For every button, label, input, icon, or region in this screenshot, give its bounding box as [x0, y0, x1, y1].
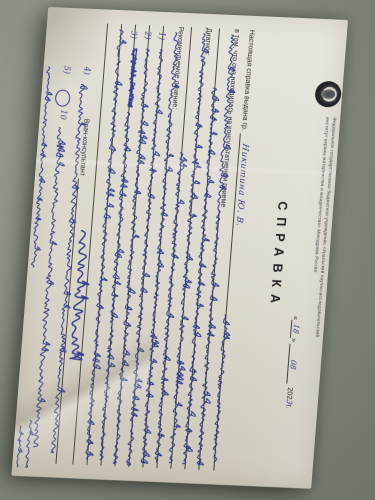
date-close-quote: » — [290, 338, 299, 343]
edge-scribble — [23, 420, 35, 466]
handwritten-item-number-1: 1) — [157, 32, 167, 41]
diagnosis-label: Диагноз: — [203, 28, 212, 59]
handwritten-day: 18 — [291, 324, 301, 335]
handwritten-item-number-5: 5) — [62, 66, 72, 75]
handwritten-item-number-4: 4) — [82, 66, 92, 75]
handwritten-circled-note: 10 — [58, 109, 68, 120]
date-line: « 18 » 08 202 3 г. — [284, 316, 301, 409]
year-prefix: 202 — [285, 387, 295, 400]
paper-document: Федеральное государственное бюджетное уч… — [11, 7, 348, 489]
document-title: СПРАВКА — [253, 17, 304, 486]
doctor-label: Врач-консультант — [78, 119, 90, 179]
handwritten-year-digit: 3 — [285, 399, 294, 405]
handwriting-line — [28, 67, 56, 267]
circled-mark — [55, 89, 70, 107]
edge-scribble — [14, 426, 24, 466]
institution-emblem-icon — [314, 81, 342, 108]
handwritten-item-number-2: 2) — [143, 31, 153, 40]
photo-background: Федеральное государственное бюджетное уч… — [0, 0, 375, 500]
handwritten-month: 08 — [289, 359, 299, 370]
institution-name: Федеральное государственное бюджетное уч… — [303, 117, 337, 377]
handwritten-item-number-3: 3) — [129, 30, 139, 39]
handwritten-patient-name: Никитина Ю. В. — [234, 143, 250, 228]
